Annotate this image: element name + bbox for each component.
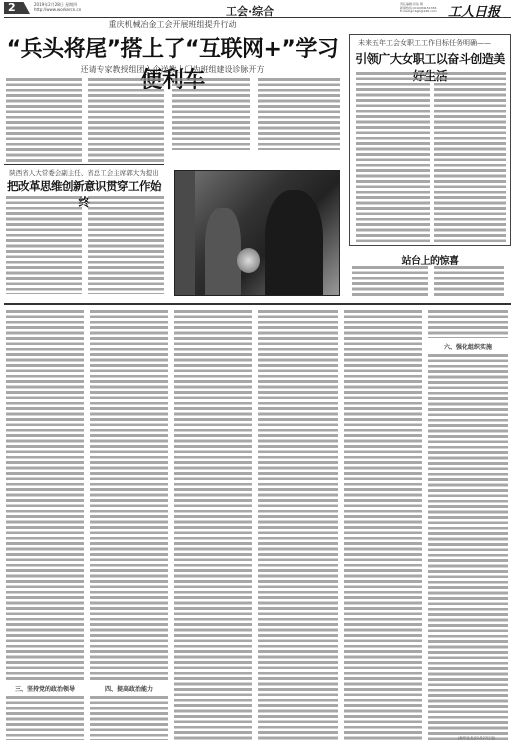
right-body-col-1 [356,72,430,242]
left-kicker: 陕西省人大常委会副主任、省总工会主席郭大为提出 [4,168,164,177]
masthead-divider [4,17,511,18]
editor-email: E-mail:grrbgh@126.com [400,10,445,14]
page-number: 2 [4,2,30,14]
lower-body-col-3 [174,310,252,740]
section-heading-6: 六、强化组织实施 [428,342,508,351]
dateline: 2019年2月28日 星期四 http://www.workercn.cn [34,2,81,12]
website-url[interactable]: http://www.workercn.cn [34,7,81,12]
lead-body-col-1 [6,78,82,162]
male-conductor-figure [265,190,322,295]
section-heading-3: 三、坚持党的政治领导 [6,684,84,693]
lower-body-col-4 [258,310,338,740]
lower-section-divider [4,303,511,305]
lower-body-col-2b [90,696,168,740]
lead-subhead: 还请专家教授组团入企送教上门为班组建设诊脉开方 [0,64,345,75]
editor-info: 责任编辑:彭佑 朝 新闻热线:(010)84151336 E-mail:grrb… [400,3,445,14]
photo-story-title: 站台上的惊喜 [349,252,511,267]
female-attendant-figure [205,208,241,295]
lead-body-col-4 [258,78,340,150]
lower-body-col-1b [6,696,84,740]
page-masthead: 2 2019年2月28日 星期四 http://www.workercn.cn … [0,0,515,16]
lower-body-col-5 [344,310,422,740]
lower-body-col-6 [428,310,508,338]
lead-body-col-3 [172,78,250,150]
lower-body-col-6b [428,354,508,740]
right-body-col-2 [434,72,506,242]
closing-dateline: (新华社北京2月27日电) [458,736,495,741]
section-heading-4: 四、提高政治能力 [90,684,168,693]
lead-kicker: 重庆机械冶金工会开展班组提升行动 [0,19,345,30]
left-story-divider [4,164,164,165]
news-photo-station-conductors [174,170,340,296]
left-body-col-2 [88,196,164,294]
lower-body-col-1 [6,310,84,680]
photo-caption-col-2 [434,266,504,296]
right-kicker: 未来五年工会女职工工作目标任务明确—— [352,38,508,48]
lead-body-col-2 [88,78,164,162]
train-door [175,171,195,295]
photo-caption-col-1 [352,266,428,296]
flower-bouquet [237,248,260,273]
lower-body-col-2 [90,310,168,680]
left-body-col-1 [6,196,82,294]
